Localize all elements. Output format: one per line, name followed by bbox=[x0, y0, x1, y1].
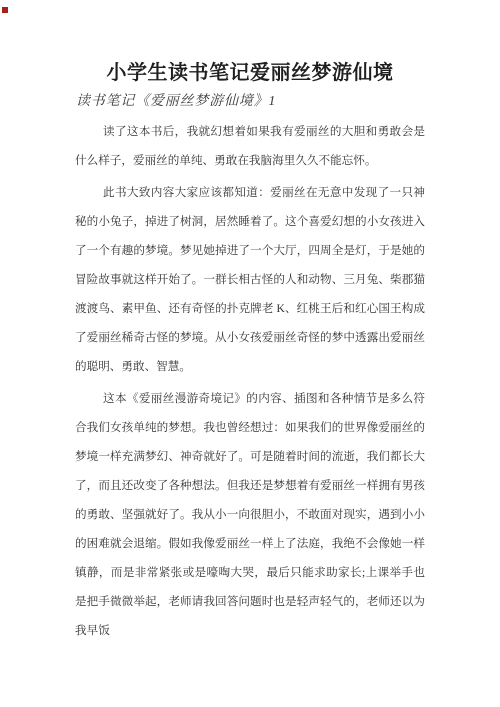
document-body: 读了这本书后，我就幻想着如果我有爱丽丝的大胆和勇敢会是什么样子，爱丽丝的单纯、勇… bbox=[75, 117, 425, 645]
document-subtitle: 读书笔记《爱丽丝梦游仙境》1 bbox=[76, 94, 425, 110]
red-corner-marker-icon bbox=[2, 7, 8, 13]
body-paragraph: 这本《爱丽丝漫游奇境记》的内容、插图和各种情节是多么符合我们女孩单纯的梦想。我也… bbox=[75, 384, 425, 645]
document-page: 小学生读书笔记爱丽丝梦游仙境 读书笔记《爱丽丝梦游仙境》1 读了这本书后，我就幻… bbox=[0, 0, 500, 707]
body-paragraph: 读了这本书后，我就幻想着如果我有爱丽丝的大胆和勇敢会是什么样子，爱丽丝的单纯、勇… bbox=[75, 117, 425, 175]
page-title: 小学生读书笔记爱丽丝梦游仙境 bbox=[50, 58, 450, 88]
body-paragraph: 此书大致内容大家应该都知道：爱丽丝在无意中发现了一只神秘的小兔子，掉进了树洞，居… bbox=[75, 178, 425, 381]
